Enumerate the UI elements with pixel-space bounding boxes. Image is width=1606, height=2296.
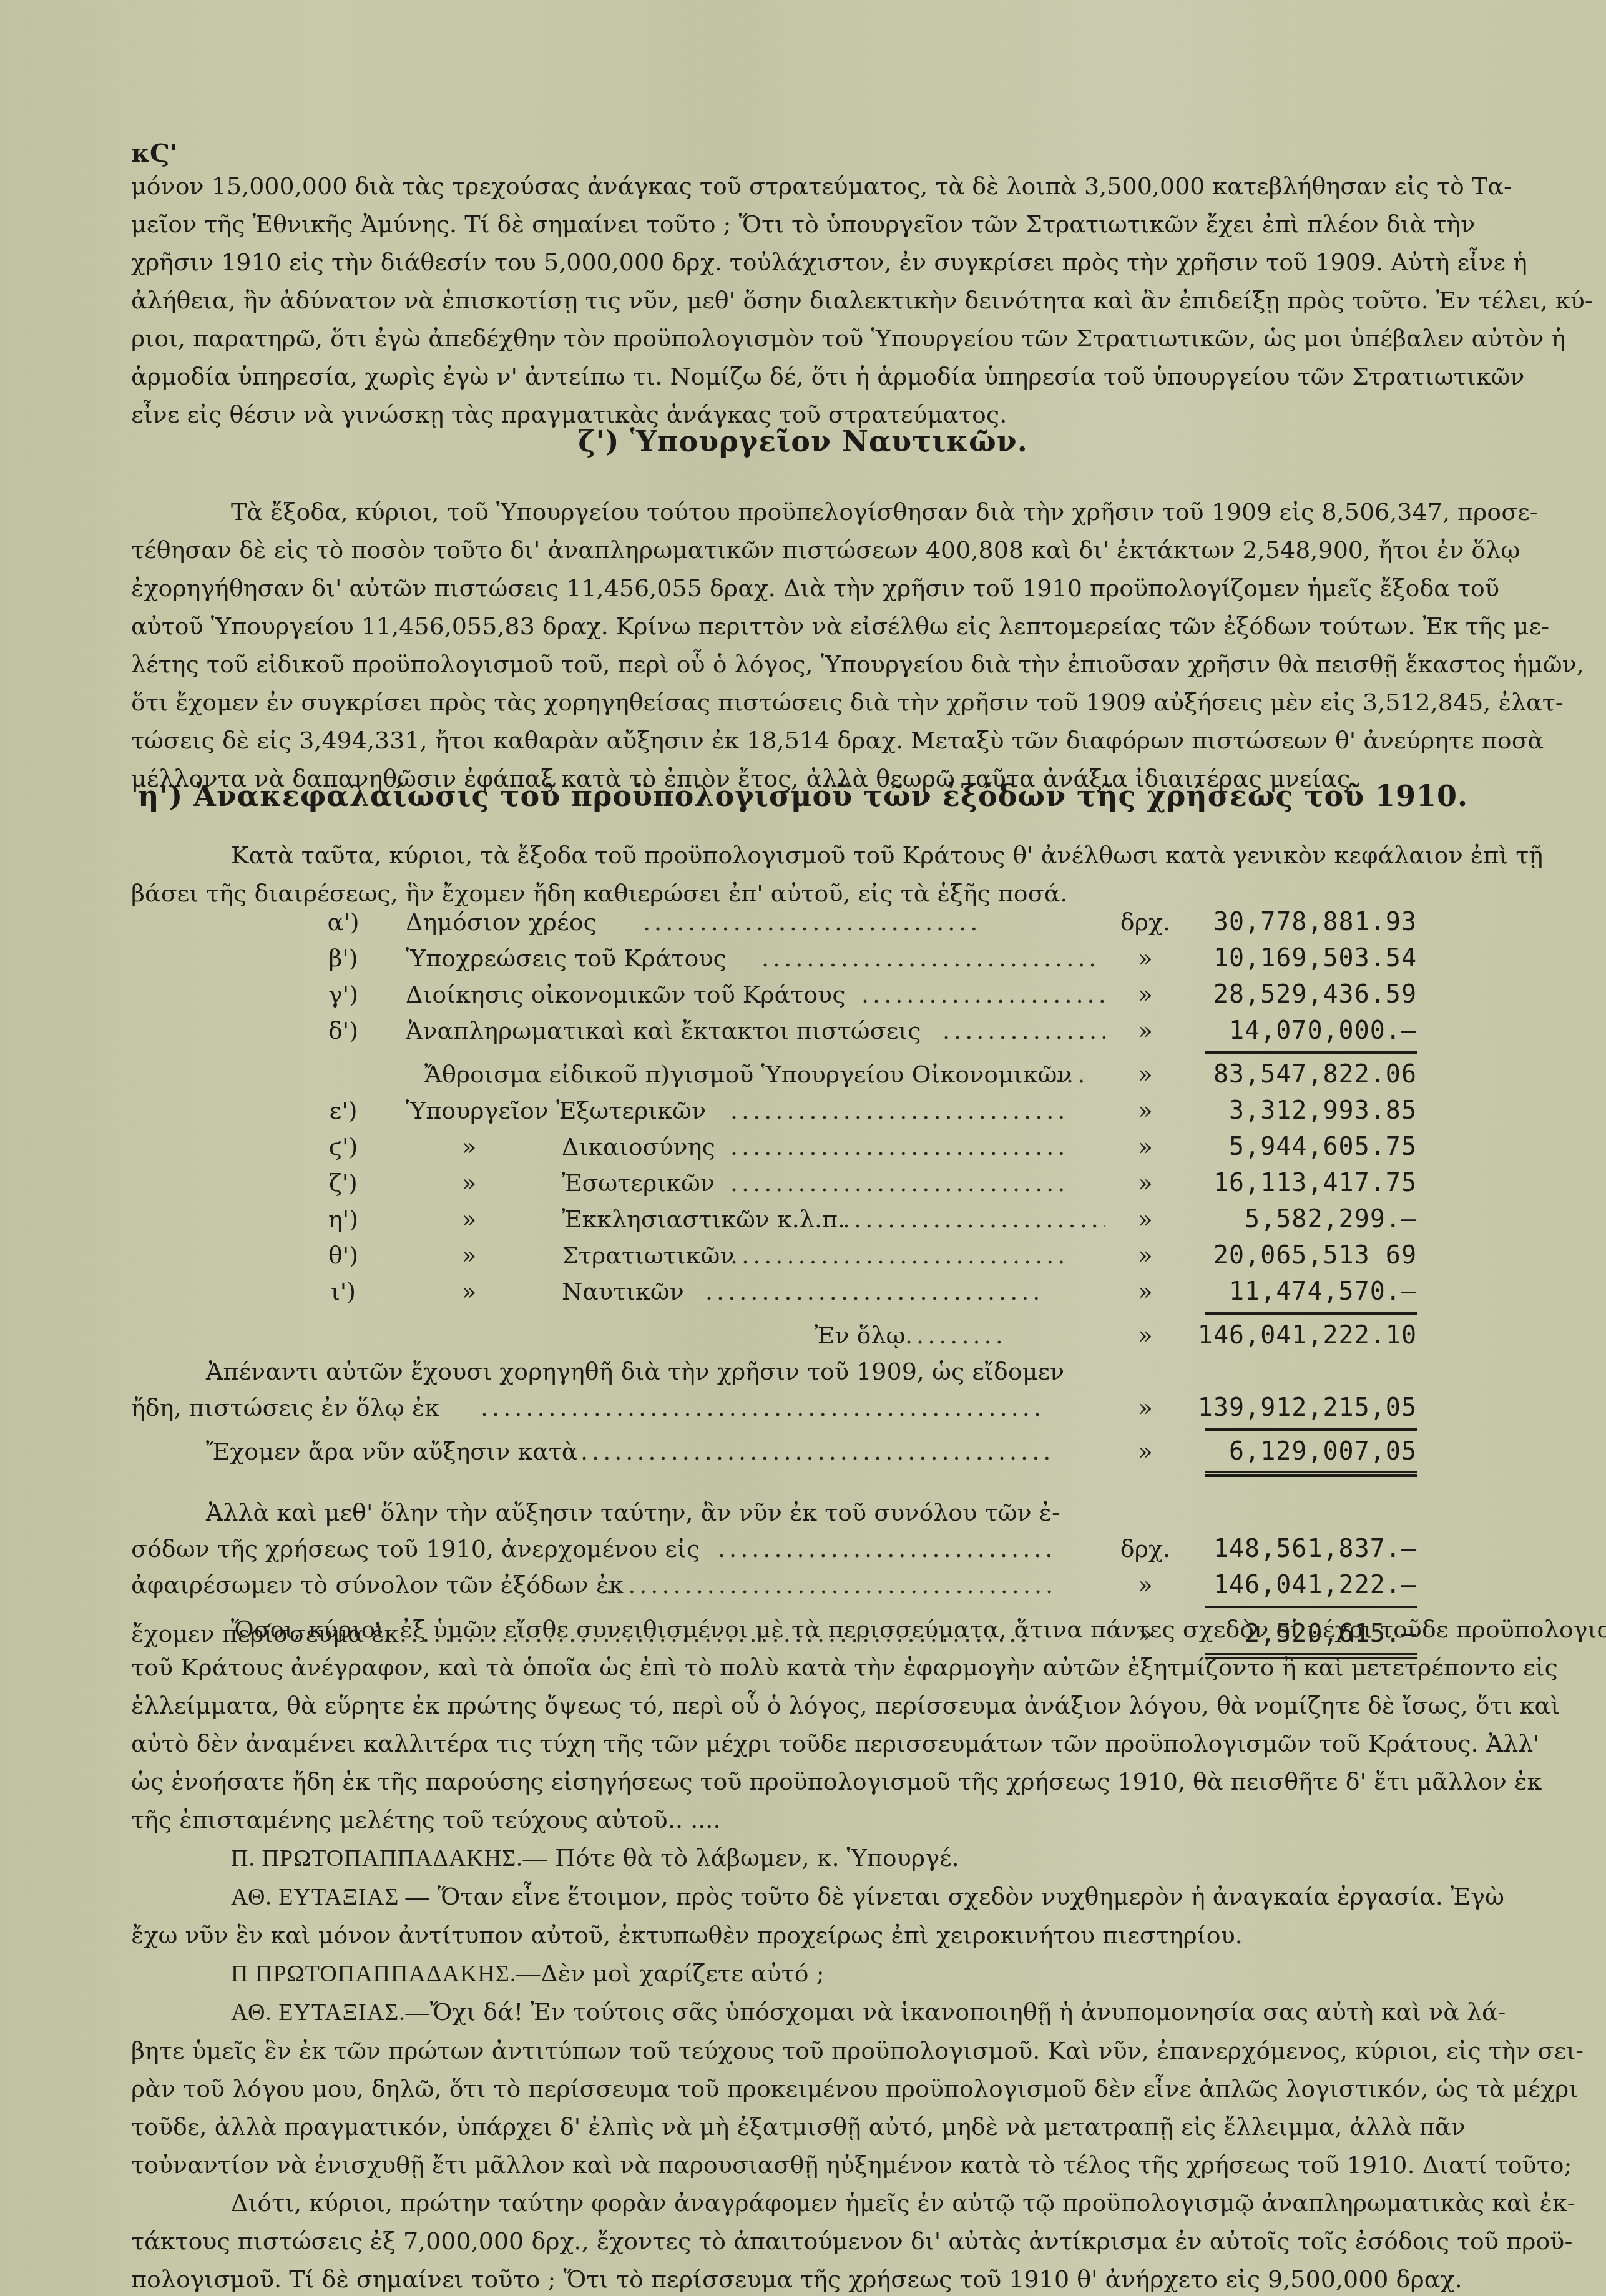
- item-key: δ'): [318, 1013, 368, 1049]
- item-currency: »: [1111, 1129, 1180, 1165]
- item-label: Ἐσωτερικῶν: [562, 1165, 715, 1201]
- leader-dots: ..............................: [861, 976, 1105, 1013]
- total-label: Ἐν ὅλῳ: [815, 1317, 906, 1353]
- speech-text: Ὅταν εἶνε ἕτοιμον, πρὸς τοῦτο δὲ γίνεται…: [438, 1883, 1504, 1910]
- ditto-mark: »: [462, 1129, 476, 1165]
- leader-dots: ..............................: [843, 1201, 1105, 1237]
- text-line: μόνον 15,000,000 διὰ τὰς τρεχούσας ἀνάγκ…: [131, 167, 1492, 205]
- navy-paragraph: Τὰ ἔξοδα, κύριοι, τοῦ Ὑπουργείου τούτου …: [131, 493, 1492, 798]
- leader-dots: ........................................…: [481, 1390, 1105, 1426]
- ledger-row: ζ') » Ἐσωτερικῶν .......................…: [131, 1165, 1417, 1201]
- dialogue-line: ΑΘ. ΕΥΤΑΞΙΑΣ — Ὅταν εἶνε ἕτοιμον, πρὸς τ…: [131, 1878, 1492, 1916]
- text-line: πολογισμοῦ. Τί δὲ σημαίνει τοῦτο ; Ὅτι τ…: [131, 2260, 1492, 2296]
- ledger-text-row: Ἀπέναντι αὐτῶν ἔχουσι χορηγηθῆ διὰ τὴν χ…: [131, 1353, 1417, 1390]
- dialogue-line: Π. ΠΡΩΤΟΠΑΠΠΑΔΑΚΗΣ.— Πότε θὰ τὸ λάβωμεν,…: [131, 1839, 1492, 1878]
- ledger-row: ϛ') » Δικαιοσύνης ......................…: [131, 1129, 1417, 1165]
- text-line: ριοι, παρατηρῶ, ὅτι ἐγὼ ἀπεδέχθην τὸν πρ…: [131, 320, 1492, 358]
- ledger-text-row: Ἀλλὰ καὶ μεθ' ὅλην τὴν αὔξησιν ταύτην, ἂ…: [131, 1494, 1417, 1531]
- text-line: λέτης τοῦ εἰδικοῦ προϋπολογισμοῦ τοῦ, πε…: [131, 645, 1492, 684]
- leader-dots: ..............................: [761, 940, 1105, 976]
- item-label: Ὑποχρεώσεις τοῦ Κράτους: [406, 940, 727, 976]
- item-amount: 16,113,417.75: [1192, 1165, 1417, 1201]
- page-number: κϚ': [131, 139, 177, 168]
- ditto-mark: »: [462, 1273, 476, 1310]
- text-line: ὡς ἐνοήσατε ἤδη ἐκ τῆς παρούσης εἰσηγήσε…: [131, 1763, 1492, 1801]
- sum-rule: [1205, 1428, 1417, 1431]
- text-line: ἐλλείμματα, θὰ εὕρητε ἐκ πρώτης ὄψεως τό…: [131, 1687, 1492, 1725]
- item-currency: »: [1111, 1273, 1180, 1310]
- item-label: Δικαιοσύνης: [562, 1129, 715, 1165]
- item-amount: 14,070,000.—: [1192, 1013, 1417, 1049]
- item-key: β'): [318, 940, 368, 976]
- ledger-row: σόδων τῆς χρήσεως τοῦ 1910, ἀνερχομένου …: [131, 1531, 1417, 1567]
- surplus-intro: Ἀλλὰ καὶ μεθ' ὅλην τὴν αὔξησιν ταύτην, ἂ…: [206, 1494, 1060, 1531]
- intro-paragraph: μόνον 15,000,000 διὰ τὰς τρεχούσας ἀνάγκ…: [131, 167, 1492, 434]
- ledger-row: γ') Διοίκησις οἰκονομικῶν τοῦ Κράτους ..…: [131, 976, 1417, 1013]
- text-line: Τὰ ἔξοδα, κύριοι, τοῦ Ὑπουργείου τούτου …: [131, 493, 1492, 531]
- ledger-total-row: Ἐν ὅλῳ ......... » 146,041,222.10: [131, 1317, 1417, 1353]
- section-title-navy: ζ') Ὑπουργεῖον Ναυτικῶν.: [0, 424, 1606, 458]
- item-currency: »: [1111, 1092, 1180, 1129]
- ledger-row: δ') Ἀναπληρωματικαὶ καὶ ἔκτακτοι πιστώσε…: [131, 1013, 1417, 1049]
- leader-dots: ...: [1055, 1056, 1105, 1092]
- item-amount: 5,944,605.75: [1192, 1129, 1417, 1165]
- item-amount: 3,312,993.85: [1192, 1092, 1417, 1129]
- ditto-mark: »: [462, 1165, 476, 1201]
- item-key: θ'): [318, 1237, 368, 1273]
- leader-dots: ..............................: [718, 1531, 1105, 1567]
- leader-dots: ..............................: [730, 1165, 1105, 1201]
- text-line: Ὅσοι, κύριοι, ἐξ ὑμῶν εἴσθε συνειθισμένο…: [131, 1611, 1492, 1649]
- item-currency: δρχ.: [1111, 904, 1180, 940]
- item-amount: 5,582,299.—: [1192, 1201, 1417, 1237]
- sum-rule: [1205, 1312, 1417, 1315]
- text-line: αὐτοῦ Ὑπουργείου 11,456,055,83 δραχ. Κρί…: [131, 607, 1492, 645]
- ledger-row: η') » Ἐκκλησιαστικῶν κ.λ.π. ............…: [131, 1201, 1417, 1237]
- leader-dots: ..............................: [705, 1273, 1105, 1310]
- item-currency: »: [1111, 976, 1180, 1013]
- increase-amount: 6,129,007,05: [1192, 1433, 1417, 1469]
- budget-ledger: α') Δημόσιον χρέος .....................…: [131, 904, 1417, 1652]
- comparison-amount: 139,912,215,05: [1192, 1390, 1417, 1426]
- leader-dots: .........: [905, 1317, 1105, 1353]
- item-amount: 30,778,881.93: [1192, 904, 1417, 940]
- leader-dots: ..............................: [943, 1013, 1105, 1049]
- text-line: ρὰν τοῦ λόγου μου, δηλῶ, ὅτι τὸ περίσσευ…: [131, 2070, 1492, 2108]
- speech-text: Πότε θὰ τὸ λάβωμεν, κ. Ὑπουργέ.: [555, 1844, 959, 1872]
- item-amount: 10,169,503.54: [1192, 940, 1417, 976]
- summary-intro: Κατὰ ταῦτα, κύριοι, τὰ ἔξοδα τοῦ προϋπολ…: [131, 836, 1492, 913]
- item-label: Διοίκησις οἰκονομικῶν τοῦ Κράτους: [406, 976, 845, 1013]
- item-label: Ναυτικῶν: [562, 1273, 684, 1310]
- expense-amount: 146,041,222.—: [1192, 1567, 1417, 1603]
- text-line: ὅτι ἔχομεν ἐν συγκρίσει πρὸς τὰς χορηγηθ…: [131, 684, 1492, 722]
- text-line: τέθησαν δὲ εἰς τὸ ποσὸν τοῦτο δι' ἀναπλη…: [131, 531, 1492, 569]
- dialogue-line: ΑΘ. ΕΥΤΑΞΙΑΣ.—Ὄχι δά! Ἐν τούτοις σᾶς ὑπό…: [131, 1993, 1492, 2032]
- item-key: η'): [318, 1201, 368, 1237]
- item-currency: »: [1111, 1013, 1180, 1049]
- increase-label: Ἔχομεν ἄρα νῦν αὔξησιν κατὰ: [206, 1433, 577, 1469]
- item-label: Ἀναπληρωματικαὶ καὶ ἔκτακτοι πιστώσεις: [406, 1013, 921, 1049]
- item-key: ι'): [318, 1273, 368, 1310]
- item-key: ϛ'): [318, 1129, 368, 1165]
- subtotal-amount: 83,547,822.06: [1192, 1056, 1417, 1092]
- revenue-amount: 148,561,837.—: [1192, 1531, 1417, 1567]
- expense-currency: »: [1111, 1567, 1180, 1603]
- text-line: ἀλήθεια, ἣν ἀδύνατον νὰ ἐπισκοτίσῃ τις ν…: [131, 282, 1492, 320]
- text-line: Κατὰ ταῦτα, κύριοι, τὰ ἔξοδα τοῦ προϋπολ…: [131, 836, 1492, 875]
- subtotal-currency: »: [1111, 1056, 1180, 1092]
- text-line: τοὐναντίον νὰ ἐνισχυθῇ ἔτι μᾶλλον καὶ νὰ…: [131, 2146, 1492, 2184]
- speaker-name: Π. ΠΡΩΤΟΠΑΠΠΑΔΑΚΗΣ.—: [231, 1845, 547, 1872]
- text-line: τώσεις δὲ εἰς 3,494,331, ἤτοι καθαρὰν αὔ…: [131, 722, 1492, 760]
- revenue-currency: δρχ.: [1111, 1531, 1180, 1567]
- ledger-subtotal-row: Ἄθροισμα εἰδικοῦ π)γισμοῦ Ὑπουργείου Οἰκ…: [131, 1056, 1417, 1092]
- item-currency: »: [1111, 940, 1180, 976]
- text-line: μεῖον τῆς Ἐθνικῆς Ἀμύνης. Τί δὲ σημαίνει…: [131, 205, 1492, 243]
- section-title-summary: η') Ἀνακεφαλαίωσις τοῦ προϋπολογισμοῦ τῶ…: [0, 779, 1606, 813]
- text-line: τάκτους πιστώσεις ἐξ 7,000,000 δρχ., ἔχο…: [131, 2222, 1492, 2260]
- item-label: Ὑπουργεῖον Ἐξωτερικῶν: [406, 1092, 706, 1129]
- text-line: χρῆσιν 1910 εἰς τὴν διάθεσίν του 5,000,0…: [131, 243, 1492, 282]
- item-label: Ἐκκλησιαστικῶν κ.λ.π.: [562, 1201, 845, 1237]
- item-key: α'): [318, 904, 368, 940]
- item-key: ε'): [318, 1092, 368, 1129]
- item-amount: 11,474,570.—: [1192, 1273, 1417, 1310]
- text-line: τοῦ Κράτους ἀνέγραφον, καὶ τὰ ὁποῖα ὡς ἐ…: [131, 1649, 1492, 1687]
- item-amount: 28,529,436.59: [1192, 976, 1417, 1013]
- text-line: ἐχορηγήθησαν δι' αὐτῶν πιστώσεις 11,456,…: [131, 569, 1492, 607]
- expense-label: ἀφαιρέσωμεν τὸ σύνολον τῶν ἐξόδων ἐκ: [131, 1567, 624, 1603]
- comparison-label: ἤδη, πιστώσεις ἐν ὅλῳ ἐκ: [131, 1390, 439, 1426]
- ledger-row: θ') » Στρατιωτικῶν .....................…: [131, 1237, 1417, 1273]
- ledger-row: Ἔχομεν ἄρα νῦν αὔξησιν κατὰ ............…: [131, 1433, 1417, 1469]
- increase-currency: »: [1111, 1433, 1180, 1469]
- comparison-line: Ἀπέναντι αὐτῶν ἔχουσι χορηγηθῆ διὰ τὴν χ…: [206, 1353, 1064, 1390]
- leader-dots: ..............................: [730, 1129, 1105, 1165]
- text-line: ἁρμοδία ὑπηρεσία, χωρὶς ἐγὼ ν' ἀντείπω τ…: [131, 358, 1492, 396]
- speech-text: Ὄχι δά! Ἐν τούτοις σᾶς ὑπόσχομαι νὰ ἱκαν…: [430, 1998, 1506, 2026]
- item-key: ζ'): [318, 1165, 368, 1201]
- text-line: τῆς ἐπισταμένης μελέτης τοῦ τεύχους αὐτο…: [131, 1801, 1492, 1839]
- ditto-mark: »: [462, 1201, 476, 1237]
- total-currency: »: [1111, 1317, 1180, 1353]
- ledger-row: ἤδη, πιστώσεις ἐν ὅλῳ ἐκ ...............…: [131, 1390, 1417, 1426]
- dialogue-line: Π ΠΡΩΤΟΠΑΠΠΑΔΑΚΗΣ.—Δὲν μοὶ χαρίζετε αὐτό…: [131, 1955, 1492, 1993]
- ditto-mark: »: [462, 1237, 476, 1273]
- revenue-label: σόδων τῆς χρήσεως τοῦ 1910, ἀνερχομένου …: [131, 1531, 700, 1567]
- speech-text: Δὲν μοὶ χαρίζετε αὐτό ;: [541, 1960, 824, 1987]
- closing-section: Ὅσοι, κύριοι, ἐξ ὑμῶν εἴσθε συνειθισμένο…: [131, 1611, 1492, 2296]
- double-rule: [1205, 1471, 1417, 1477]
- text-line: Διότι, κύριοι, πρώτην ταύτην φορὰν ἀναγρ…: [131, 2184, 1492, 2222]
- ledger-row: α') Δημόσιον χρέος .....................…: [131, 904, 1417, 940]
- speaker-name: Π ΠΡΩΤΟΠΑΠΠΑΔΑΚΗΣ.—: [231, 1961, 541, 1987]
- ledger-row: ι') » Ναυτικῶν .........................…: [131, 1273, 1417, 1310]
- speaker-name: ΑΘ. ΕΥΤΑΞΙΑΣ —: [231, 1884, 430, 1910]
- ledger-row: β') Ὑποχρεώσεις τοῦ Κράτους ............…: [131, 940, 1417, 976]
- item-label: Στρατιωτικῶν: [562, 1237, 735, 1273]
- text-line: βητε ὑμεῖς ἓν ἐκ τῶν πρώτων ἀντιτύπων το…: [131, 2032, 1492, 2070]
- ledger-row: ε') Ὑπουργεῖον Ἐξωτερικῶν ..............…: [131, 1092, 1417, 1129]
- sum-rule: [1205, 1606, 1417, 1608]
- leader-dots: ........................................: [605, 1567, 1105, 1603]
- subtotal-label: Ἄθροισμα εἰδικοῦ π)γισμοῦ Ὑπουργείου Οἰκ…: [424, 1056, 1072, 1092]
- item-currency: »: [1111, 1165, 1180, 1201]
- leader-dots: ..............................: [643, 904, 1105, 940]
- leader-dots: ........................................…: [580, 1433, 1105, 1469]
- item-currency: »: [1111, 1201, 1180, 1237]
- total-amount: 146,041,222.10: [1192, 1317, 1417, 1353]
- item-amount: 20,065,513 69: [1192, 1237, 1417, 1273]
- text-line: αὐτὸ δὲν ἀναμένει καλλιτέρα τις τύχη τῆς…: [131, 1725, 1492, 1763]
- item-currency: »: [1111, 1237, 1180, 1273]
- item-key: γ'): [318, 976, 368, 1013]
- speaker-name: ΑΘ. ΕΥΤΑΞΙΑΣ.—: [231, 1999, 430, 2026]
- text-line: τοῦδε, ἀλλὰ πραγματικόν, ὑπάρχει δ' ἐλπὶ…: [131, 2108, 1492, 2146]
- comparison-currency: »: [1111, 1390, 1180, 1426]
- item-label: Δημόσιον χρέος: [406, 904, 597, 940]
- sum-rule: [1205, 1051, 1417, 1054]
- ledger-row: ἀφαιρέσωμεν τὸ σύνολον τῶν ἐξόδων ἐκ ...…: [131, 1567, 1417, 1603]
- leader-dots: ..............................: [730, 1092, 1105, 1129]
- text-line: ἔχω νῦν ἓν καὶ μόνον ἀντίτυπον αὐτοῦ, ἐκ…: [131, 1916, 1492, 1955]
- leader-dots: ..............................: [730, 1237, 1105, 1273]
